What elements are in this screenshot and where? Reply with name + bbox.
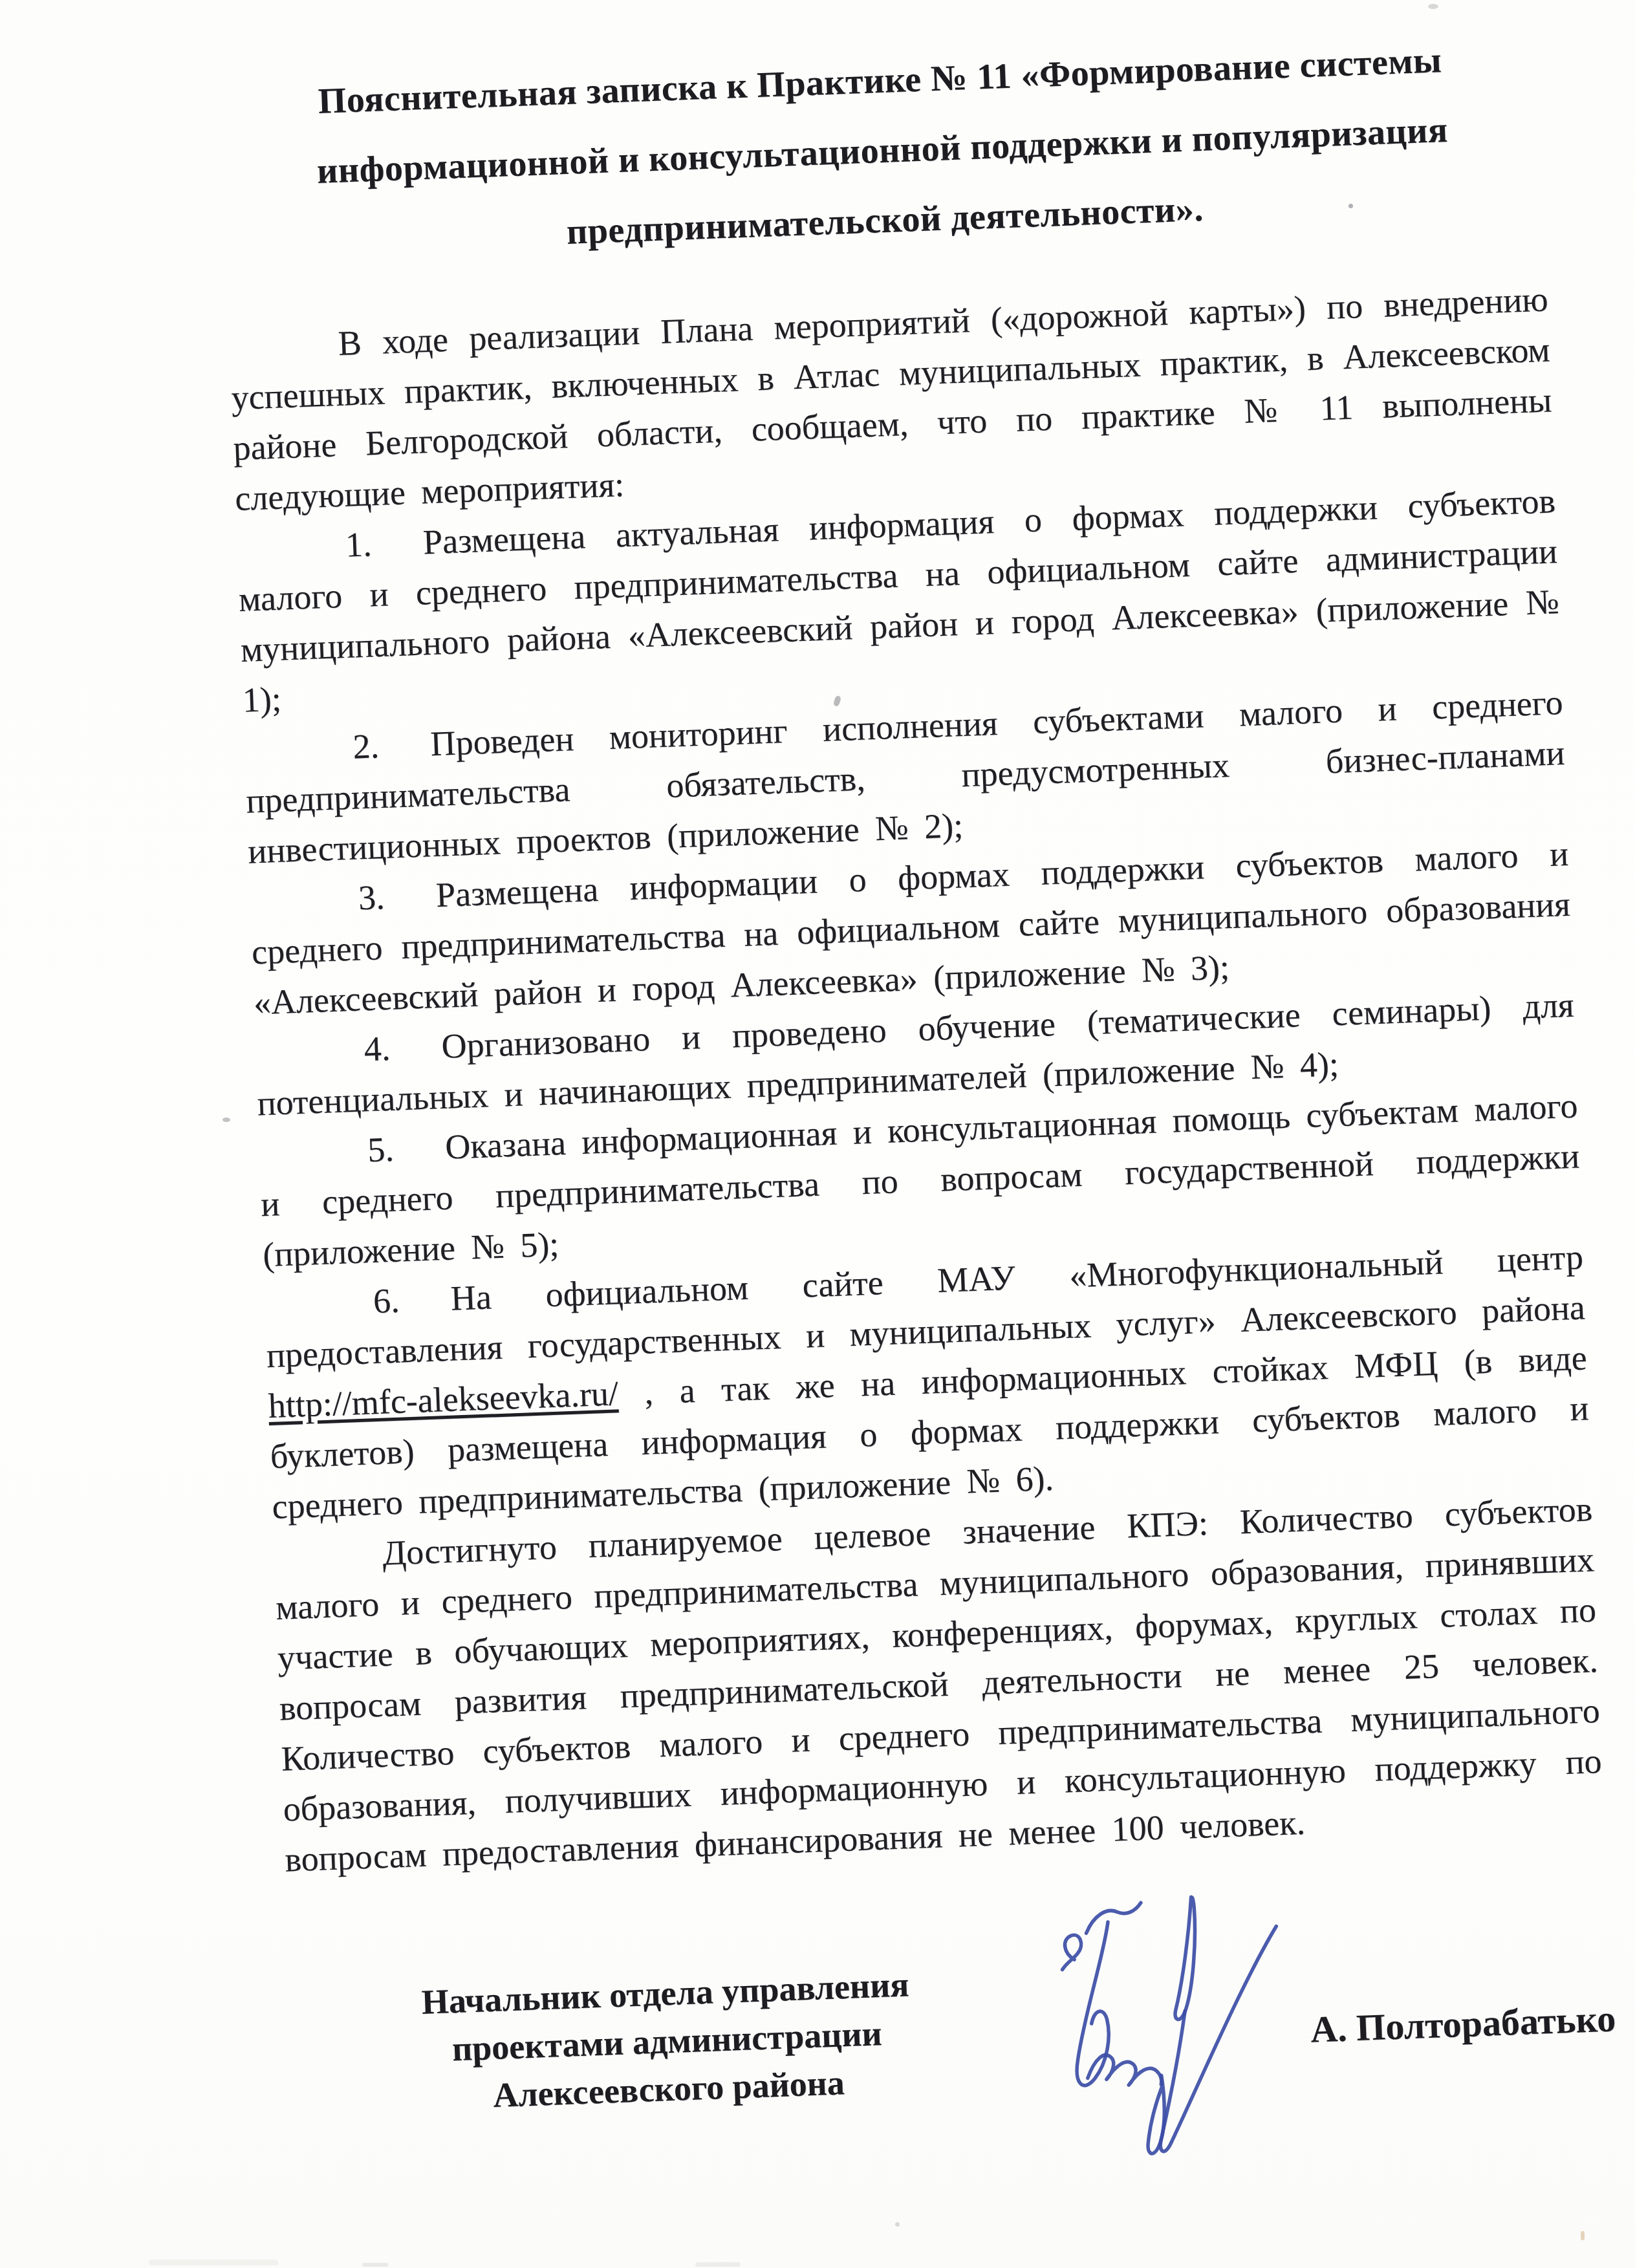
scanner-edge-smudge (362, 2263, 388, 2267)
document-content: Пояснительная записка к Практике № 11 «Ф… (219, 22, 1618, 2241)
scan-speck (1581, 2231, 1585, 2240)
scan-speck (1428, 4, 1438, 9)
list-item-6: 6.На официальном сайте МАУ «Многофункцио… (264, 1231, 1592, 1531)
document-title: Пояснительная записка к Практике № 11 «Ф… (245, 23, 1520, 279)
item-number: 6. (373, 1273, 452, 1326)
closing-paragraph: Достигнуто планируемое целевое значение … (273, 1484, 1605, 1885)
item-number: 5. (367, 1122, 446, 1175)
scanner-edge-smudge (695, 2262, 741, 2267)
scan-speck (895, 2222, 900, 2227)
mfc-site-link[interactable]: http://mfc-alekseevka.ru/ (268, 1374, 619, 1425)
signer-position-block: Начальник отдела управления проектами ад… (399, 1960, 935, 2122)
scanner-edge-smudge (149, 2260, 278, 2265)
item-number: 4. (363, 1021, 442, 1074)
item-number: 1. (345, 517, 424, 570)
item-number: 3. (358, 870, 437, 923)
document-body: В ходе реализации Плана мероприятий («до… (228, 274, 1604, 1885)
handwritten-signature-ink (1042, 1842, 1326, 2188)
signer-name: А. Полторабатько (1310, 1996, 1616, 2052)
scan-speck (222, 1118, 230, 1122)
item-number: 2. (352, 718, 431, 772)
document-page: Пояснительная записка к Практике № 11 «Ф… (0, 0, 1635, 2268)
